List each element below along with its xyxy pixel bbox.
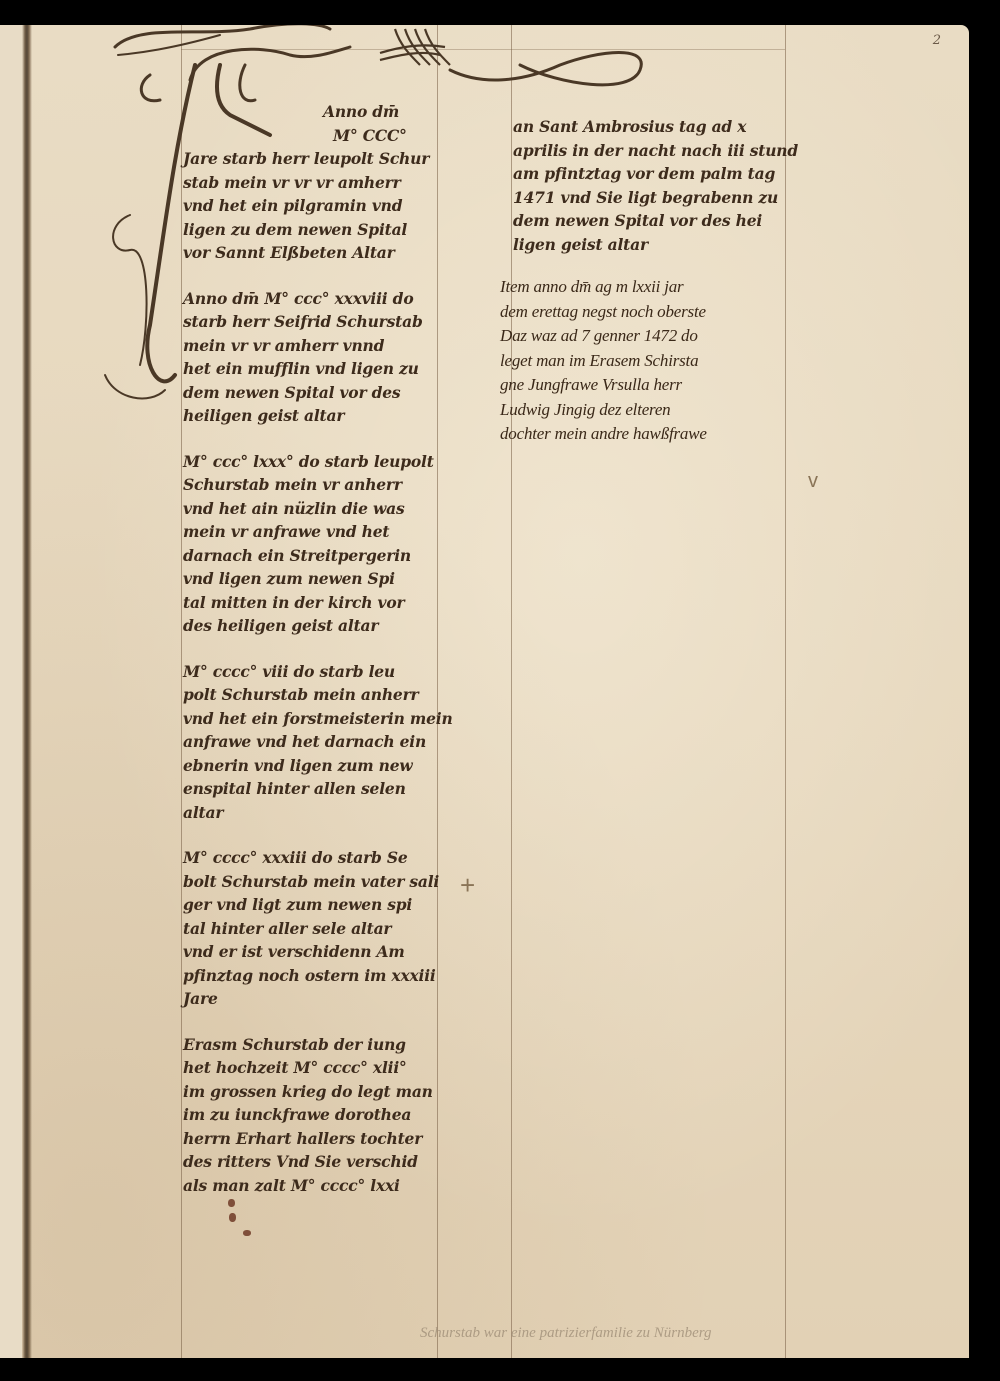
entry-line: M° CCC°: [183, 124, 443, 148]
entry-line: ligen zu dem newen Spital: [183, 218, 443, 242]
ink-stain: [243, 1230, 251, 1236]
entry-1: Anno dm̄ M° CCC° Jare starb herr leupolt…: [183, 100, 443, 265]
manuscript-page: 2 Anno dm̄ M° CCC° Jare starb herr leupo…: [0, 25, 969, 1358]
entry-line: M° ccc° lxxx° do starb leupolt: [183, 450, 443, 474]
entry-line: darnach ein Streitpergerin: [183, 544, 443, 568]
entry-line: Anno dm̄: [183, 100, 443, 124]
entry-line: im zu iunckfrawe dorothea: [183, 1103, 443, 1127]
entry-6: Erasm Schurstab der iung het hochzeit M°…: [183, 1033, 443, 1198]
entry-line: aprilis in der nacht nach iii stund: [513, 139, 793, 163]
entry-line: vnd het ein pilgramin vnd: [183, 194, 443, 218]
entry-line: Jare starb herr leupolt Schur: [183, 147, 443, 171]
entry-5: M° cccc° xxxiii do starb Se bolt Schurst…: [183, 846, 443, 1011]
entry-line: altar: [183, 801, 443, 825]
entry-line: Schurstab mein vr anherr: [183, 473, 443, 497]
entry-line: gne Jungfrawe Vrsulla herr: [500, 373, 800, 398]
entry-line: dem newen Spital vor des: [183, 381, 443, 405]
cross-mark-icon: +: [460, 870, 475, 901]
ink-stain: [228, 1199, 235, 1207]
entry-7: an Sant Ambrosius tag ad x aprilis in de…: [513, 115, 793, 256]
entry-line: mein vr anfrawe vnd het: [183, 520, 443, 544]
left-text-column: Anno dm̄ M° CCC° Jare starb herr leupolt…: [183, 100, 443, 1219]
check-mark-icon: v: [808, 470, 818, 493]
entry-line: tal hinter aller sele altar: [183, 917, 443, 941]
entry-line: Ludwig Jingig dez elteren: [500, 398, 800, 423]
pencil-annotation: Schurstab war eine patrizierfamilie zu N…: [420, 1325, 712, 1342]
entry-line: tal mitten in der kirch vor: [183, 591, 443, 615]
entry-line: Item anno dm̄ ag m lxxii jar: [500, 275, 800, 300]
entry-line: des ritters Vnd Sie verschid: [183, 1150, 443, 1174]
entry-line: het hochzeit M° cccc° xlii°: [183, 1056, 443, 1080]
entry-line: ger vnd ligt zum newen spi: [183, 893, 443, 917]
entry-line: polt Schurstab mein anherr: [183, 683, 443, 707]
entry-line: enspital hinter allen selen: [183, 777, 443, 801]
entry-line: pfinztag noch ostern im xxxiii: [183, 964, 443, 988]
entry-line: im grossen krieg do legt man: [183, 1080, 443, 1104]
entry-line: dem erettag negst noch oberste: [500, 300, 800, 325]
entry-line: heiligen geist altar: [183, 404, 443, 428]
entry-line: mein vr vr amherr vnnd: [183, 334, 443, 358]
entry-line: Erasm Schurstab der iung: [183, 1033, 443, 1057]
entry-3: M° ccc° lxxx° do starb leupolt Schurstab…: [183, 450, 443, 638]
decorative-initial-flourish-icon: [0, 25, 969, 425]
entry-line: vnd het ain nüzlin die was: [183, 497, 443, 521]
entry-line: het ein mufflin vnd ligen zu: [183, 357, 443, 381]
entry-line: vnd er ist verschidenn Am: [183, 940, 443, 964]
entry-line: vor Sannt Elßbeten Altar: [183, 241, 443, 265]
entry-line: am pfintztag vor dem palm tag: [513, 162, 793, 186]
entry-line: 1471 vnd Sie ligt begrabenn zu: [513, 186, 793, 210]
entry-line: dem newen Spital vor des hei: [513, 209, 793, 233]
entry-2: Anno dm̄ M° ccc° xxxviii do starb herr S…: [183, 287, 443, 428]
entry-line: Daz waz ad 7 genner 1472 do: [500, 324, 800, 349]
right-cursive-entry: Item anno dm̄ ag m lxxii jar dem erettag…: [500, 275, 800, 447]
entry-line: ligen geist altar: [513, 233, 793, 257]
entry-line: als man zalt M° cccc° lxxi: [183, 1174, 443, 1198]
entry-line: dochter mein andre hawßfrawe: [500, 422, 800, 447]
entry-line: stab mein vr vr vr amherr: [183, 171, 443, 195]
right-text-column: an Sant Ambrosius tag ad x aprilis in de…: [513, 115, 793, 278]
entry-line: anfrawe vnd het darnach ein: [183, 730, 443, 754]
entry-line: M° cccc° viii do starb leu: [183, 660, 443, 684]
entry-line: des heiligen geist altar: [183, 614, 443, 638]
ink-stain: [229, 1213, 236, 1222]
entry-line: starb herr Seifrid Schurstab: [183, 310, 443, 334]
entry-line: vnd het ein forstmeisterin mein: [183, 707, 443, 731]
entry-line: herrn Erhart hallers tochter: [183, 1127, 443, 1151]
entry-line: M° cccc° xxxiii do starb Se: [183, 846, 443, 870]
entry-line: an Sant Ambrosius tag ad x: [513, 115, 793, 139]
entry-line: leget man im Erasem Schirsta: [500, 349, 800, 374]
entry-line: bolt Schurstab mein vater sali: [183, 870, 443, 894]
entry-line: ebnerin vnd ligen zum new: [183, 754, 443, 778]
entry-line: Jare: [183, 987, 443, 1011]
entry-4: M° cccc° viii do starb leu polt Schursta…: [183, 660, 443, 825]
entry-line: vnd ligen zum newen Spi: [183, 567, 443, 591]
entry-line: Anno dm̄ M° ccc° xxxviii do: [183, 287, 443, 311]
